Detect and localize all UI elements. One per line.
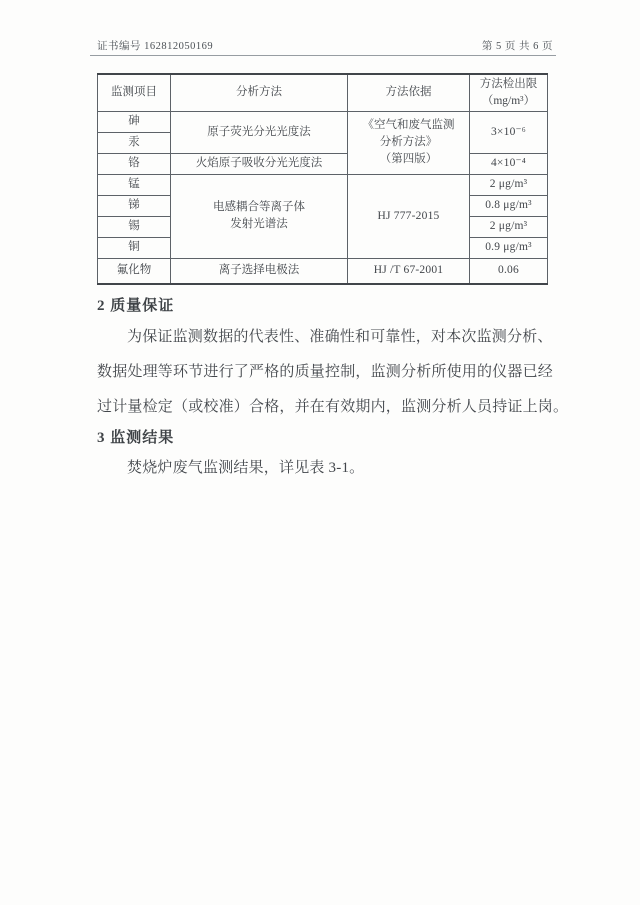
section-2-title: 2 质量保证 [97,294,174,315]
cell-basis-airbook: 《空气和废气监测 分析方法》 （第四版） [348,111,470,174]
col-header-limit-line2: （mg/m³） [472,93,545,110]
cell-limit-sb: 0.8 μg/m³ [470,195,548,216]
document-page: 证书编号 162812050169 第 5 页 共 6 页 监测项目 分析方法 … [0,0,640,905]
col-header-limit: 方法检出限 （mg/m³） [470,74,548,111]
cell-limit-sn: 2 μg/m³ [470,216,548,237]
cell-item-antimony: 锑 [98,195,171,216]
table-header-row: 监测项目 分析方法 方法依据 方法检出限 （mg/m³） [98,74,548,111]
cell-basis-hj777: HJ 777-2015 [348,174,470,258]
cell-item-manganese: 锰 [98,174,171,195]
table-row-fluoride: 氟化物 离子选择电极法 HJ /T 67-2001 0.06 [98,258,548,284]
page-header: 证书编号 162812050169 第 5 页 共 6 页 [97,38,553,53]
page-number: 第 5 页 共 6 页 [482,38,553,53]
cell-item-arsenic: 砷 [98,111,171,132]
cell-basis-hj67: HJ /T 67-2001 [348,258,470,284]
section-3-title: 3 监测结果 [97,426,174,447]
table-row-arsenic: 砷 原子荧光分光光度法 《空气和废气监测 分析方法》 （第四版） 3×10⁻⁶ [98,111,548,132]
paragraph-line: 数据处理等环节进行了严格的质量控制，监测分析所使用的仪器已经 [97,355,563,390]
cell-limit-cu: 0.9 μg/m³ [470,237,548,258]
cell-method-icp: 电感耦合等离子体 发射光谱法 [171,174,348,258]
col-header-item: 监测项目 [98,74,171,111]
cell-item-mercury: 汞 [98,132,171,153]
col-header-limit-line1: 方法检出限 [472,76,545,93]
cell-method-faas: 火焰原子吸收分光光度法 [171,153,348,174]
col-header-method: 分析方法 [171,74,348,111]
cell-limit-f: 0.06 [470,258,548,284]
cell-item-fluoride: 氟化物 [98,258,171,284]
cell-item-chromium: 铬 [98,153,171,174]
section-3-paragraph: 焚烧炉废气监测结果，详见表 3-1。 [97,451,563,486]
cell-limit-cr: 4×10⁻⁴ [470,153,548,174]
paragraph-line: 为保证监测数据的代表性、准确性和可靠性，对本次监测分析、 [97,320,563,355]
cell-method-afs: 原子荧光分光光度法 [171,111,348,153]
paragraph-line: 过计量检定（或校准）合格，并在有效期内，监测分析人员持证上岗。 [97,390,563,425]
table-row-chromium: 铬 火焰原子吸收分光光度法 4×10⁻⁴ [98,153,548,174]
col-header-basis: 方法依据 [348,74,470,111]
cell-limit-mn: 2 μg/m³ [470,174,548,195]
cell-limit-as-hg: 3×10⁻⁶ [470,111,548,153]
paragraph-line: 焚烧炉废气监测结果，详见表 3-1。 [97,451,563,486]
method-table: 监测项目 分析方法 方法依据 方法检出限 （mg/m³） 砷 原子荧光分光光度法… [97,73,548,285]
section-2-paragraph: 为保证监测数据的代表性、准确性和可靠性，对本次监测分析、 数据处理等环节进行了严… [97,320,563,425]
cell-item-tin: 锡 [98,216,171,237]
cell-item-copper: 铜 [98,237,171,258]
cell-method-ise: 离子选择电极法 [171,258,348,284]
header-rule [90,55,556,56]
table-row-manganese: 锰 电感耦合等离子体 发射光谱法 HJ 777-2015 2 μg/m³ [98,174,548,195]
certificate-number: 证书编号 162812050169 [97,38,213,53]
